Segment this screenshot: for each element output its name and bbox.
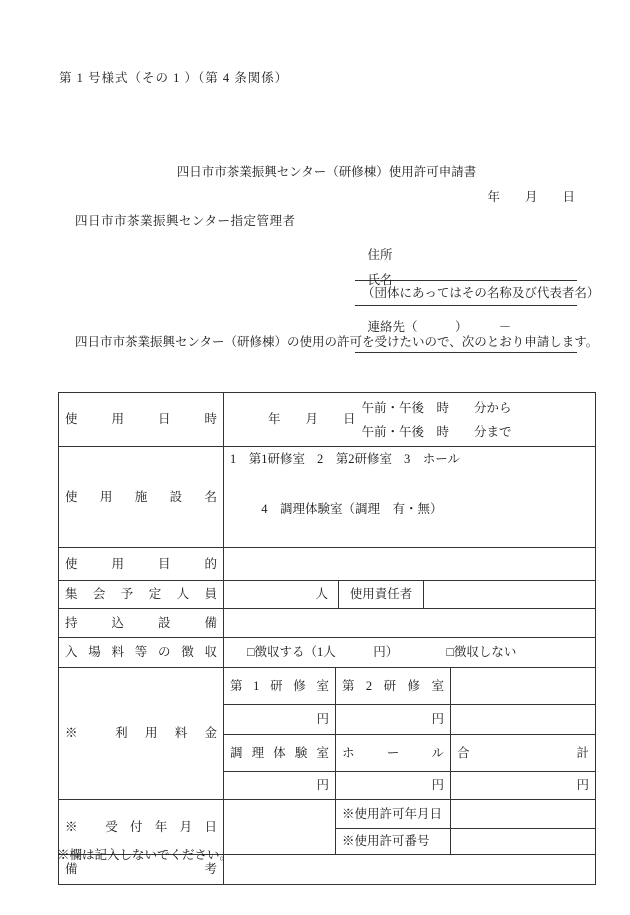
facility-options-cell: 1 第1研修室 2 第2研修室 3 ホール 4 調理体験室（調理 有・無） bbox=[224, 447, 596, 548]
application-table: 使用日時 年 月 日 午前・午後 時 分から 午前・午後 時 分まで 使用施設名… bbox=[58, 392, 596, 885]
attendees-unit: 人 bbox=[315, 587, 328, 601]
remarks-input-cell bbox=[224, 855, 596, 885]
use-datetime-label: 使用日時 bbox=[59, 393, 224, 447]
attendees-content: 人 使用責任者 bbox=[230, 581, 589, 608]
fee-label: ※ 利用料金 bbox=[59, 668, 224, 800]
reception-date-input-cell bbox=[224, 800, 336, 855]
fee-room2-header: 第2研修室 bbox=[336, 668, 451, 705]
fee-header-row-1: ※ 利用料金 第1研修室 第2研修室 bbox=[59, 668, 596, 705]
fee-cooking-header: 調理体験室 bbox=[224, 735, 336, 772]
use-date-blank: 年 月 日 bbox=[268, 412, 356, 426]
equipment-row: 持込設備 bbox=[59, 609, 596, 638]
fee-total-amount-cell: 円 bbox=[451, 772, 596, 800]
use-time-range: 午前・午後 時 分から 午前・午後 時 分まで bbox=[362, 396, 512, 444]
purpose-input-cell bbox=[224, 548, 596, 581]
equipment-label: 持込設備 bbox=[59, 609, 224, 638]
facility-label: 使用施設名 bbox=[59, 447, 224, 548]
fee-cooking-amount-cell: 円 bbox=[224, 772, 336, 800]
permit-number-input-cell bbox=[451, 829, 596, 855]
application-form-page: 第 1 号様式（その 1 ）（第 4 条関係） 四日市市茶業振興センター（研修棟… bbox=[0, 0, 630, 915]
permit-date-input-cell bbox=[451, 800, 596, 829]
use-time-to: 午前・午後 時 分まで bbox=[362, 420, 512, 444]
addressee-line: 四日市市茶業振興センター指定管理者 bbox=[75, 211, 296, 229]
permit-number-label: ※使用許可番号 bbox=[336, 829, 451, 855]
equipment-input-cell bbox=[224, 609, 596, 638]
form-number: 第 1 号様式（その 1 ）（第 4 条関係） bbox=[59, 68, 288, 86]
facility-option-room2: 2 第2研修室 bbox=[317, 447, 392, 472]
facility-options-line2: 4 調理体験室（調理 有・無） bbox=[230, 472, 589, 547]
asterisk-footnote: ※欄は記入しないでください。 bbox=[57, 845, 232, 863]
permit-date-label: ※使用許可年月日 bbox=[336, 800, 451, 829]
admission-label: 入場料等の徴収 bbox=[59, 638, 224, 668]
admission-no-collect-checkbox-option: □徴収しない bbox=[446, 645, 516, 659]
admission-row: 入場料等の徴収 □徴収する（1人 円） □徴収しない bbox=[59, 638, 596, 668]
fee-total-header: 合計 bbox=[451, 735, 596, 772]
attendees-label: 集会予定人員 bbox=[59, 581, 224, 609]
fee-hall-header: ホール bbox=[336, 735, 451, 772]
use-datetime-content: 年 月 日 午前・午後 時 分から 午前・午後 時 分まで bbox=[230, 393, 589, 446]
facility-option-room1: 1 第1研修室 bbox=[230, 447, 305, 472]
responsible-person-label: 使用責任者 bbox=[339, 581, 424, 608]
purpose-row: 使用目的 bbox=[59, 548, 596, 581]
responsible-person-input-cell bbox=[424, 581, 589, 608]
use-datetime-row: 使用日時 年 月 日 午前・午後 時 分から 午前・午後 時 分まで bbox=[59, 393, 596, 447]
fee-room1-amount-cell: 円 bbox=[224, 705, 336, 735]
organization-note: （団体にあってはその名称及び代表者名） bbox=[362, 283, 599, 301]
fee-blank-cell-2 bbox=[451, 705, 596, 735]
admission-options: □徴収する（1人 円） □徴収しない bbox=[230, 638, 589, 667]
admission-options-cell: □徴収する（1人 円） □徴収しない bbox=[224, 638, 596, 668]
admission-collect-checkbox-option: □徴収する（1人 円） bbox=[247, 645, 398, 659]
attendees-row: 集会予定人員 人 使用責任者 bbox=[59, 581, 596, 609]
attendees-cell: 人 使用責任者 bbox=[224, 581, 596, 609]
facility-option-hall: 3 ホール bbox=[404, 447, 460, 472]
reception-row-1: ※ 受付年月日 ※使用許可年月日 bbox=[59, 800, 596, 829]
fee-room1-header: 第1研修室 bbox=[224, 668, 336, 705]
date-line: 年 月 日 bbox=[58, 187, 575, 205]
use-datetime-cell: 年 月 日 午前・午後 時 分から 午前・午後 時 分まで bbox=[224, 393, 596, 447]
fee-blank-cell-1 bbox=[451, 668, 596, 705]
facility-row: 使用施設名 1 第1研修室 2 第2研修室 3 ホール 4 調理体験室（調理 有… bbox=[59, 447, 596, 548]
use-time-from: 午前・午後 時 分から bbox=[362, 396, 512, 420]
facility-options-line1: 1 第1研修室 2 第2研修室 3 ホール bbox=[230, 447, 589, 472]
fee-room2-amount-cell: 円 bbox=[336, 705, 451, 735]
purpose-label: 使用目的 bbox=[59, 548, 224, 581]
attendees-count-cell: 人 bbox=[230, 581, 339, 608]
fee-hall-amount-cell: 円 bbox=[336, 772, 451, 800]
form-title: 四日市市茶業振興センター（研修棟）使用許可申請書 bbox=[58, 162, 595, 180]
facility-option-cooking: 4 調理体験室（調理 有・無） bbox=[261, 502, 442, 516]
application-statement: 四日市市茶業振興センター（研修棟）の使用の許可を受けたいので、次のとおり申請しま… bbox=[75, 332, 615, 350]
